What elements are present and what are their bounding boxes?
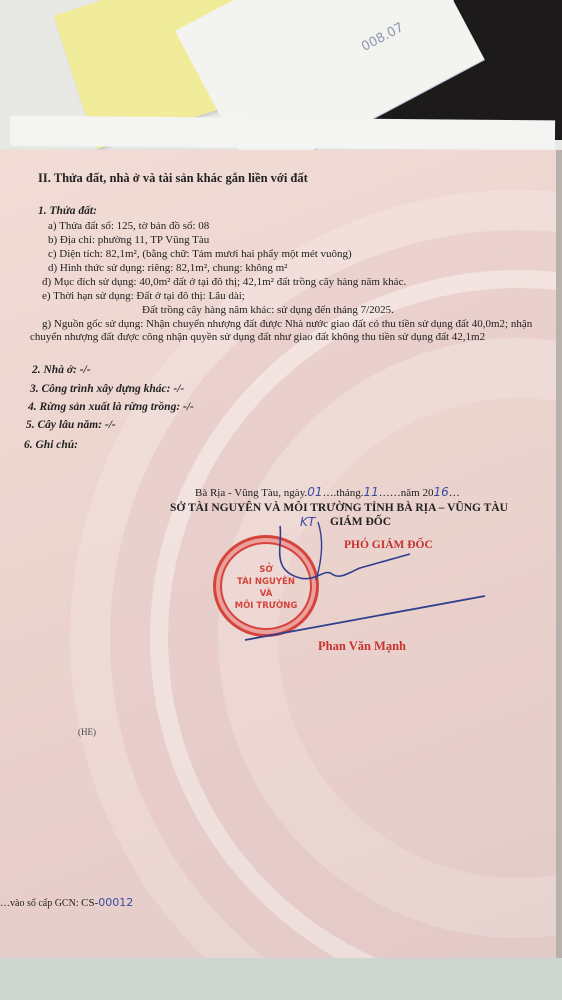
signer-name: Phan Văn Mạnh xyxy=(318,640,406,653)
page-edge xyxy=(556,150,562,958)
certificate-content: II. Thửa đất, nhà ở và tài sản khác gắn … xyxy=(0,150,556,958)
signature-stroke xyxy=(0,150,556,958)
paper-stack xyxy=(10,116,555,151)
registry-entry: …vào sổ cấp GCN: CS-00012 xyxy=(0,896,133,910)
margin-mark: (HE) xyxy=(78,726,96,739)
certificate-page: II. Thửa đất, nhà ở và tài sản khác gắn … xyxy=(0,150,556,958)
desk-surface-bottom xyxy=(0,958,562,1000)
registry-number: 00012 xyxy=(98,896,133,909)
